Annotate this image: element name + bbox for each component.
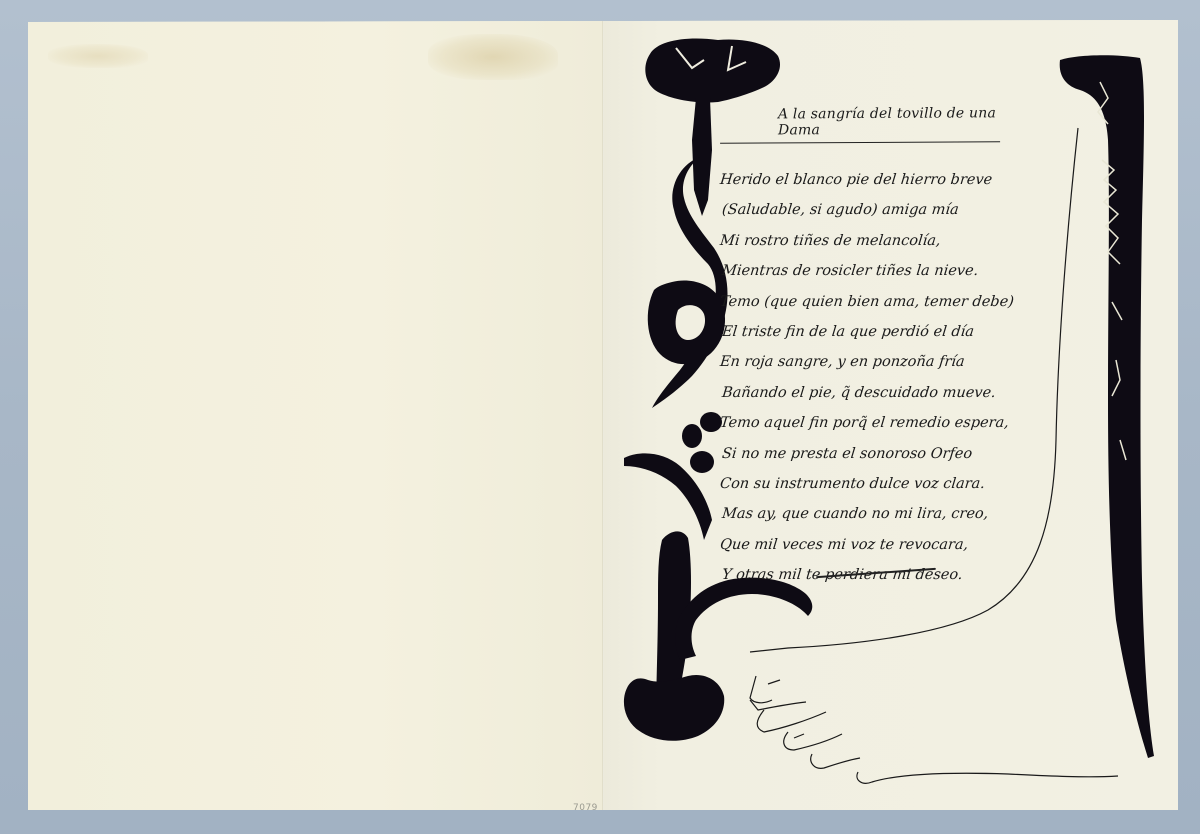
poem-line: (Saludable, si agudo) amiga mía <box>720 195 1031 225</box>
poem-line: Mas ay, que cuando no mi lira, creo, <box>720 499 1031 529</box>
poem-lines: Herido el blanco pie del hierro breve (S… <box>720 165 1030 590</box>
poem-line: Y otras mil te perdiera mi deseo. <box>720 560 1031 590</box>
vertical-brush-bar-icon <box>1060 55 1154 758</box>
poem-line: Temo aquel fin porq̃ el remedio espera, <box>718 408 1031 438</box>
poem-title: A la sangría del tovillo de una Dama <box>720 105 1000 143</box>
paper-sheet: A la sangría del tovillo de una Dama Her… <box>28 20 1178 810</box>
poem-line: El triste fin de la que perdió el día <box>720 317 1031 347</box>
handwritten-poem: A la sangría del tovillo de una Dama Her… <box>720 106 1030 590</box>
poem-line: En roja sangre, y en ponzoña fría <box>718 347 1031 377</box>
poem-line: Temo (que quien bien ama, temer debe) <box>718 287 1031 317</box>
poem-line: Herido el blanco pie del hierro breve <box>718 165 1031 195</box>
poem-line: Si no me presta el sonoroso Orfeo <box>720 439 1031 469</box>
poem-line: Con su instrumento dulce voz clara. <box>718 469 1031 499</box>
foot-drawing-icon <box>750 676 1118 783</box>
poem-line: Que mil veces mi voz te revocara, <box>718 530 1031 560</box>
poem-line: Bañando el pie, q̃ descuidado mueve. <box>720 378 1031 408</box>
poem-line: Mi rostro tiñes de melancolía, <box>718 226 1031 256</box>
poem-line: Mientras de rosicler tiñes la nieve. <box>720 256 1031 286</box>
